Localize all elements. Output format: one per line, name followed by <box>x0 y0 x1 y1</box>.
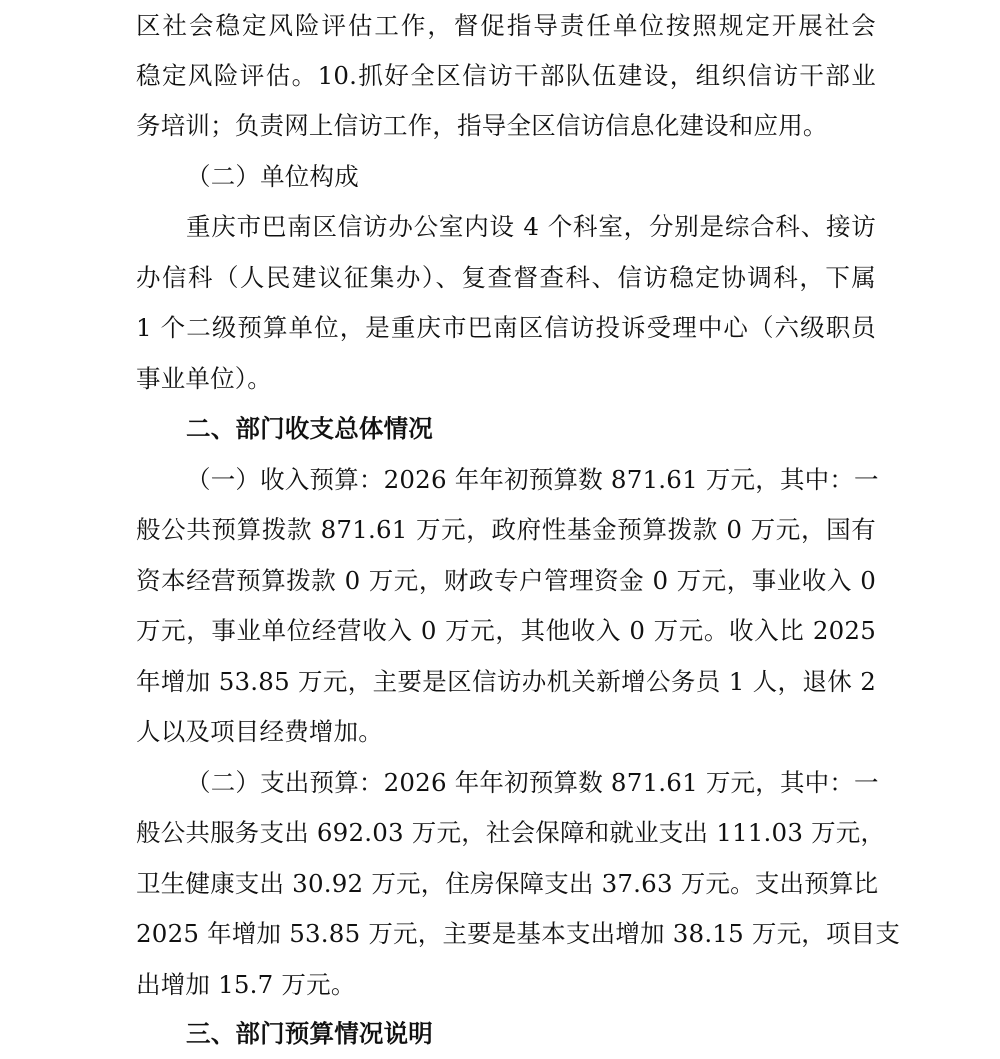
paragraph-line: （二）支出预算：2026 年年初预算数 871.61 万元，其中：一 <box>186 763 876 803</box>
paragraph-line: 事业单位）。 <box>136 359 876 399</box>
section-heading-budget-explanation: 三、部门预算情况说明 <box>186 1014 586 1054</box>
paragraph-line: 2025 年增加 53.85 万元，主要是基本支出增加 38.15 万元，项目支 <box>136 914 876 954</box>
paragraph-line: 出增加 15.7 万元。 <box>136 965 876 1005</box>
paragraph-line: 人以及项目经费增加。 <box>136 712 876 752</box>
paragraph-line: 办信科（人民建议征集办）、复查督查科、信访稳定协调科，下属 <box>136 258 876 298</box>
section-heading-revenue-expenditure: 二、部门收支总体情况 <box>186 409 586 449</box>
paragraph-line: （一）收入预算：2026 年年初预算数 871.61 万元，其中：一 <box>186 460 876 500</box>
subsection-heading-unit-composition: （二）单位构成 <box>186 157 586 197</box>
paragraph-line: 年增加 53.85 万元，主要是区信访办机关新增公务员 1 人，退休 2 <box>136 662 876 702</box>
paragraph-line: 般公共服务支出 692.03 万元，社会保障和就业支出 111.03 万元， <box>136 813 876 853</box>
paragraph-line: 重庆市巴南区信访办公室内设 4 个科室，分别是综合科、接访 <box>186 207 876 247</box>
paragraph-line: 万元，事业单位经营收入 0 万元，其他收入 0 万元。收入比 2025 <box>136 611 876 651</box>
document-page: 区社会稳定风险评估工作，督促指导责任单位按照规定开展社会 稳定风险评估。10.抓… <box>0 0 1000 1059</box>
paragraph-line: 资本经营预算拨款 0 万元，财政专户管理资金 0 万元，事业收入 0 <box>136 561 876 601</box>
paragraph-line: 般公共预算拨款 871.61 万元，政府性基金预算拨款 0 万元，国有 <box>136 510 876 550</box>
paragraph-line: 稳定风险评估。10.抓好全区信访干部队伍建设，组织信访干部业 <box>136 56 876 96</box>
paragraph-line: 1 个二级预算单位，是重庆市巴南区信访投诉受理中心（六级职员 <box>136 308 876 348</box>
paragraph-line: 区社会稳定风险评估工作，督促指导责任单位按照规定开展社会 <box>136 6 876 46</box>
paragraph-line: 务培训；负责网上信访工作，指导全区信访信息化建设和应用。 <box>136 106 876 146</box>
paragraph-line: 卫生健康支出 30.92 万元，住房保障支出 37.63 万元。支出预算比 <box>136 864 876 904</box>
